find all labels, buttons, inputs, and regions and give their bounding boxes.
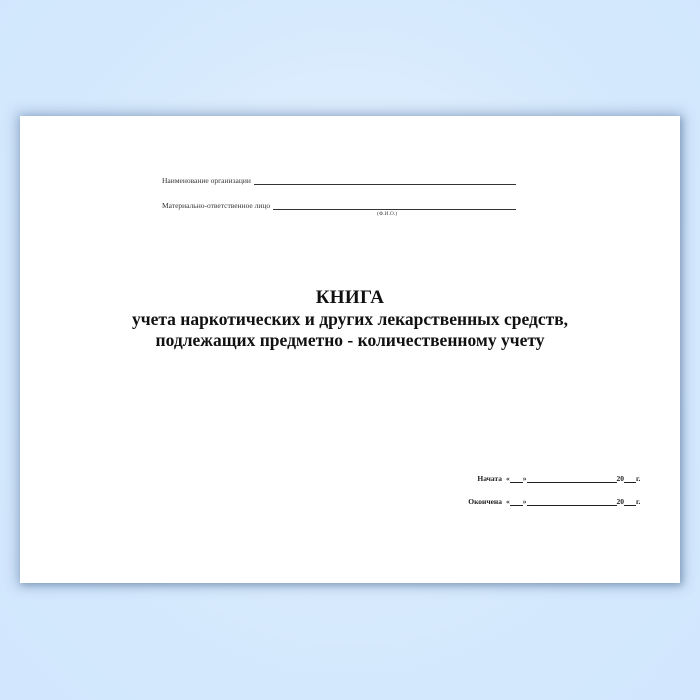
month-blank: [527, 474, 617, 483]
dates-block: Начата « » 20 г. Окончена « » 20 г.: [458, 471, 640, 517]
end-date-row: Окончена « » 20 г.: [458, 494, 640, 506]
year-prefix: 20: [617, 497, 625, 506]
document-title: КНИГА: [20, 287, 680, 309]
organization-blank-line: [254, 176, 516, 185]
start-date-row: Начата « » 20 г.: [458, 471, 640, 483]
end-date-label: Окончена: [458, 497, 502, 506]
responsible-person-blank-line: [273, 201, 516, 210]
day-blank: [510, 474, 523, 483]
year-blank: [624, 497, 636, 506]
fio-hint: (Ф.И.О.): [377, 211, 397, 217]
title-block: КНИГА учета наркотических и других лекар…: [20, 287, 680, 351]
document-subtitle-line2: подлежащих предметно - количественному у…: [20, 330, 680, 351]
day-blank: [510, 497, 523, 506]
year-blank: [624, 474, 636, 483]
document-subtitle-line1: учета наркотических и других лекарственн…: [20, 309, 680, 330]
responsible-person-label: Материально-ответственное лицо: [162, 201, 270, 210]
document-page: Наименование организации Материально-отв…: [20, 116, 680, 583]
responsible-person-field: Материально-ответственное лицо: [162, 201, 516, 210]
start-date-label: Начата: [458, 474, 502, 483]
organization-field: Наименование организации: [162, 176, 516, 185]
year-suffix: г.: [636, 497, 640, 506]
month-blank: [527, 497, 617, 506]
organization-label: Наименование организации: [162, 176, 251, 185]
year-suffix: г.: [636, 474, 640, 483]
year-prefix: 20: [617, 474, 625, 483]
